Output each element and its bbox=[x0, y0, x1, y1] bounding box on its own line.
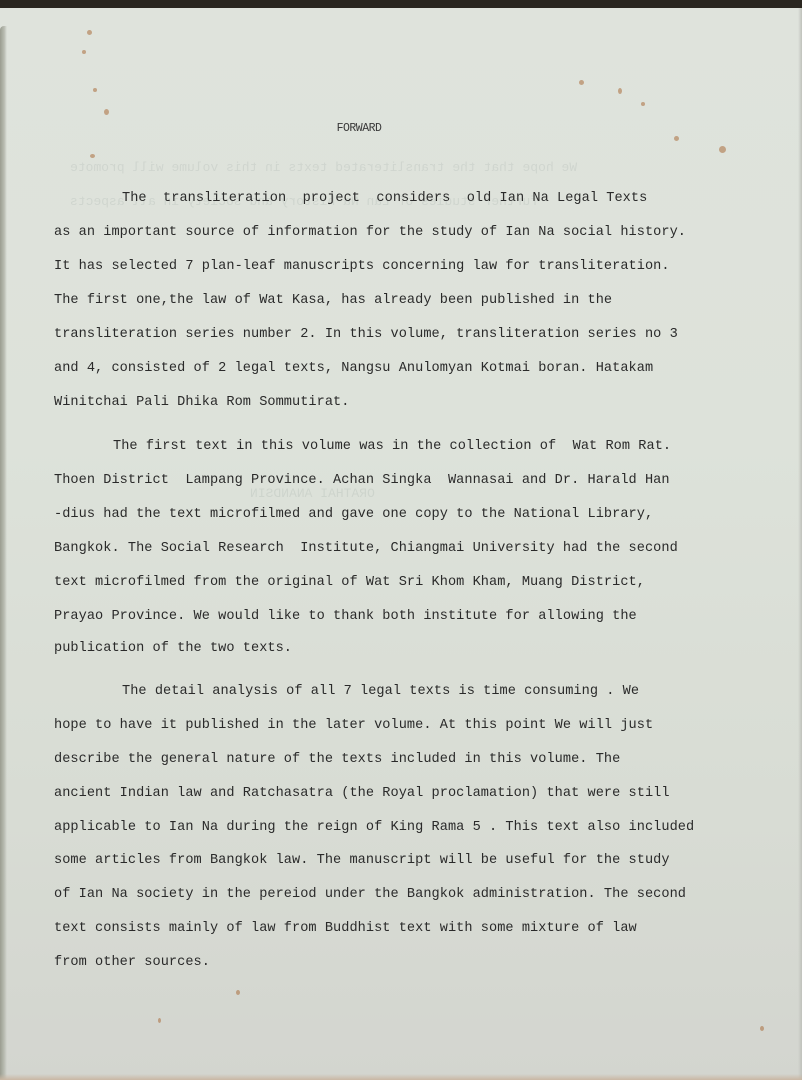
text-line: The first one,the law of Wat Kasa, has a… bbox=[54, 292, 612, 310]
text-line: some articles from Bangkok law. The manu… bbox=[54, 852, 670, 870]
text-line: ancient Indian law and Ratchasatra (the … bbox=[54, 785, 670, 803]
page-right-edge bbox=[798, 8, 802, 1080]
text-line: as an important source of information fo… bbox=[54, 224, 686, 242]
text-line: transliteration series number 2. In this… bbox=[54, 326, 678, 344]
stain-spot bbox=[90, 154, 95, 158]
stain-spot bbox=[93, 88, 97, 92]
text-line: Thoen District Lampang Province. Achan S… bbox=[54, 472, 670, 490]
text-line: -dius had the text microfilmed and gave … bbox=[54, 506, 653, 524]
page-title: FORWARD bbox=[0, 122, 760, 135]
text-line: Winitchai Pali Dhika Rom Sommutirat. bbox=[54, 394, 349, 412]
text-line: text microfilmed from the original of Wa… bbox=[54, 574, 645, 592]
stain-spot bbox=[674, 136, 679, 141]
bleed-through-text: We hope that the transliterated texts in… bbox=[70, 160, 577, 175]
text-line: Prayao Province. We would like to thank … bbox=[54, 608, 637, 626]
document-page: We hope that the transliterated texts in… bbox=[0, 8, 802, 1080]
stain-spot bbox=[641, 102, 645, 106]
page-edge-shadow bbox=[0, 26, 7, 1080]
text-line: and 4, consisted of 2 legal texts, Nangs… bbox=[54, 360, 653, 378]
stain-spot bbox=[158, 1018, 161, 1023]
stain-spot bbox=[82, 50, 86, 54]
stain-spot bbox=[760, 1026, 764, 1031]
text-line: describe the general nature of the texts… bbox=[54, 751, 620, 769]
stain-spot bbox=[618, 88, 622, 94]
text-line: from other sources. bbox=[54, 954, 210, 972]
stain-spot bbox=[719, 146, 726, 153]
text-line: The transliteration project considers ol… bbox=[122, 190, 647, 208]
stain-spot bbox=[579, 80, 584, 85]
stain-spot bbox=[104, 109, 109, 115]
text-line: of Ian Na society in the pereiod under t… bbox=[54, 886, 686, 904]
text-line: The first text in this volume was in the… bbox=[113, 438, 671, 456]
text-line: applicable to Ian Na during the reign of… bbox=[54, 819, 694, 837]
text-line: hope to have it published in the later v… bbox=[54, 717, 653, 735]
text-line: It has selected 7 plan-leaf manuscripts … bbox=[54, 258, 670, 276]
text-line: text consists mainly of law from Buddhis… bbox=[54, 920, 637, 938]
page-bottom-edge bbox=[0, 1074, 802, 1080]
text-line: Bangkok. The Social Research Institute, … bbox=[54, 540, 678, 558]
text-line: publication of the two texts. bbox=[54, 640, 292, 658]
stain-spot bbox=[236, 990, 240, 995]
text-line: The detail analysis of all 7 legal texts… bbox=[122, 683, 639, 701]
stain-spot bbox=[87, 30, 92, 35]
